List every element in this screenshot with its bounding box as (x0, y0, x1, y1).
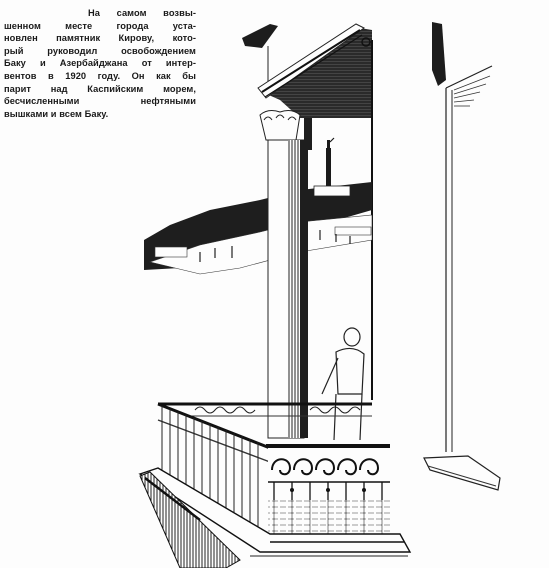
balcony-illustration (0, 0, 549, 568)
distant-pillar (424, 22, 500, 490)
document-page: На самом возвы- шенном месте города уста… (0, 0, 549, 568)
balcony-railing-back (158, 404, 372, 416)
portico-roof (258, 24, 372, 118)
balcony-railing-front (266, 444, 390, 540)
corinthian-column (260, 111, 312, 438)
